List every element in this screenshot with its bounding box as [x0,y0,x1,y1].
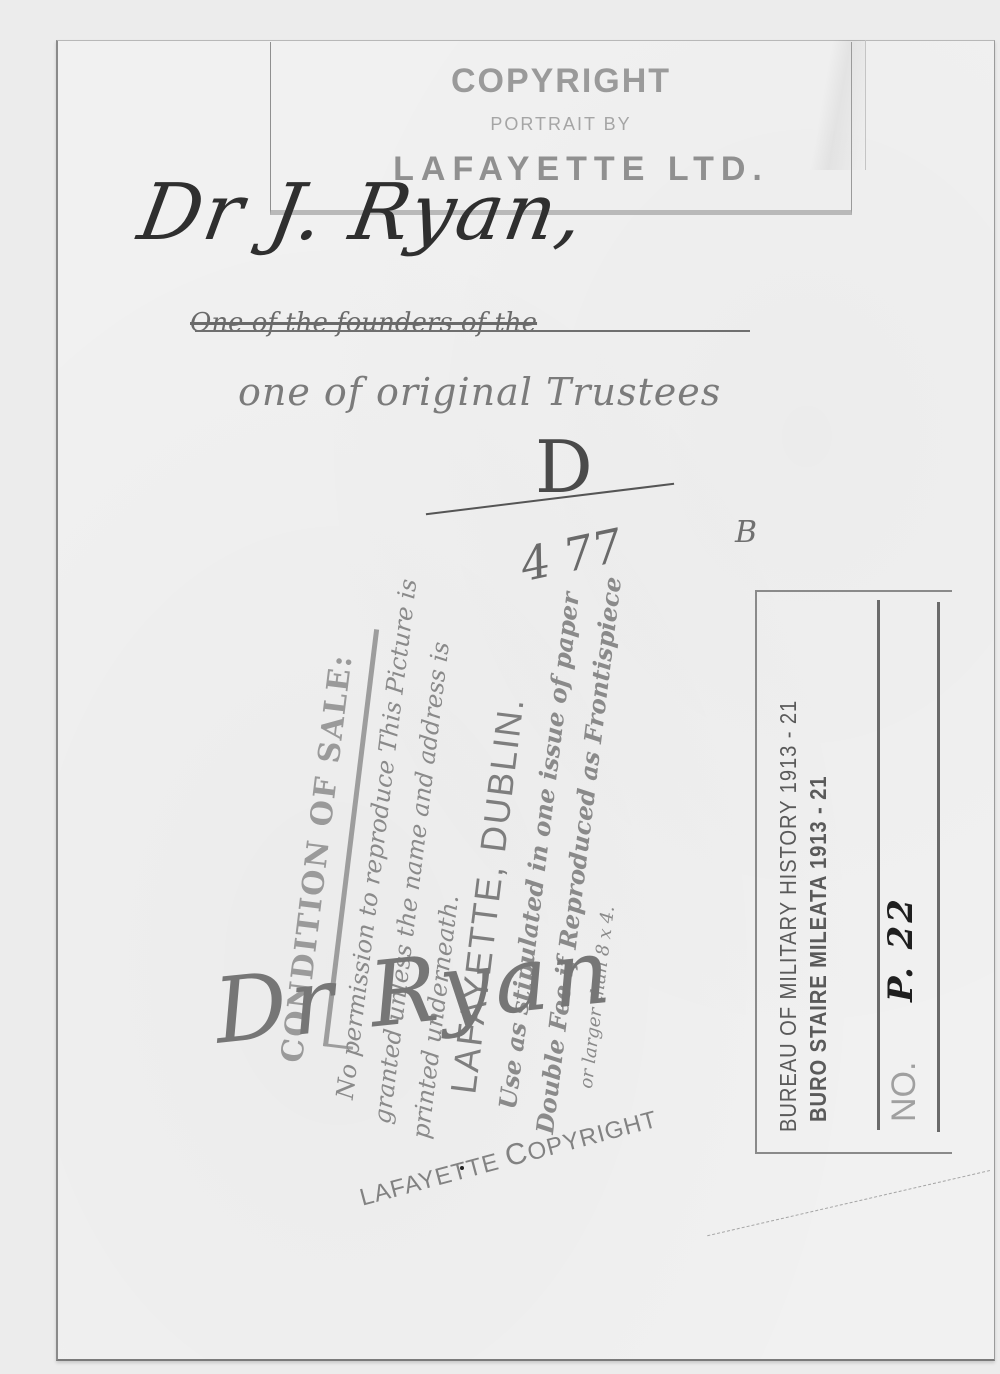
collection-number: P. 22 [881,896,921,1002]
number-label: NO. [885,1062,924,1122]
struck-through-note: One of the founders of the [190,308,537,338]
portrait-by-label: PORTRAIT BY [271,114,851,135]
copyright-heading: COPYRIGHT [271,62,851,101]
bureau-military-history-stamp: BUREAU OF MILITARY HISTORY 1913 - 21 BUR… [755,590,952,1154]
bureau-name-irish: BURO STAIRE MILEATA 1913 - 21 [805,776,832,1122]
bureau-name-english: BUREAU OF MILITARY HISTORY 1913 - 21 [775,700,802,1132]
condition-of-sale-stamp: CONDITION OF SALE: No permission to repr… [210,460,770,880]
handwritten-role: one of original Trustees [238,370,721,414]
handwritten-name: Dr J. Ryan, [132,168,592,258]
strike-line [195,330,750,332]
